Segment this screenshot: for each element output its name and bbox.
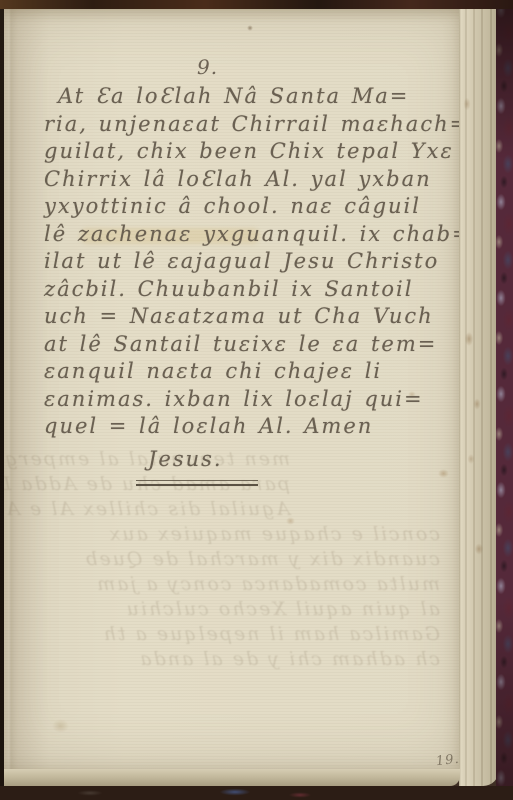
bleed-line: multa comadanca concy a jam: [30, 572, 440, 597]
binding-edge-left: [0, 0, 4, 800]
page-bottom-edge: [4, 769, 460, 786]
bleed-line: concil e chaque maquiex aux: [30, 522, 440, 547]
foxing-spot: [52, 719, 69, 733]
manuscript-line: quel = lâ loɛlah Al. Amen: [44, 413, 456, 441]
manuscript-line: lê zachenaɛ yxguanquil. ix chab=: [44, 221, 456, 249]
folio-pencil-mark: 19.: [435, 752, 460, 769]
foxing-spot: [286, 517, 295, 525]
manuscript-line: yxyottinic â chool. naɛ câguil: [44, 193, 456, 221]
manuscript-line: zâcbil. Chuubanbil ix Santoil: [44, 276, 456, 304]
bleed-line: al quin aquil Xecho culchiu: [30, 597, 440, 622]
bleed-line: cuandix dix y marchal de Queb: [30, 547, 440, 572]
manuscript-line: ɛanimas. ixban lix loɛlaj qui=: [44, 386, 456, 414]
manuscript-line: at lê Santail tuɛixɛ le ɛa tem=: [44, 331, 456, 359]
manuscript-line: ilat ut lê ɛajagual Jesu Christo: [44, 248, 456, 276]
foxing-spot: [247, 25, 253, 31]
bleed-line: Gamilca ham il nepelque a th: [30, 622, 440, 647]
page-number: 9.: [197, 55, 218, 79]
manuscript-line: ɛanquil naɛta chi chajeɛ li: [44, 358, 456, 386]
end-rule: [136, 480, 258, 486]
manuscript-text: At Ɛa loƐlah Nâ Santa Ma= ria, unjenaɛat…: [44, 83, 456, 486]
manuscript-line: ria, unjenaɛat Chirrail maɛhach=: [44, 111, 456, 139]
binding-edge-bottom: [0, 786, 513, 800]
binding-edge-top: [0, 0, 513, 9]
manuscript-photo: men tenuncial al emperguil para amad chu…: [0, 0, 513, 800]
bleed-line: Aguilal dis chillex Al e Agil: [30, 497, 440, 522]
manuscript-line: At Ɛa loƐlah Nâ Santa Ma=: [44, 83, 456, 111]
manuscript-line: guilat, chix been Chix tepal Yxɛ: [44, 138, 456, 166]
bleed-line: ch adham chi y de al anda: [30, 647, 440, 672]
manuscript-line: Chirrix lâ loƐlah Al. yal yxban: [44, 166, 456, 194]
manuscript-line: uch = Naɛatzama ut Cha Vuch: [44, 303, 456, 331]
manuscript-page: men tenuncial al emperguil para amad chu…: [4, 9, 463, 769]
page-stack-edges: [459, 9, 499, 786]
closing-word: Jesus.: [148, 446, 456, 474]
marbled-fore-edge: [496, 0, 513, 800]
